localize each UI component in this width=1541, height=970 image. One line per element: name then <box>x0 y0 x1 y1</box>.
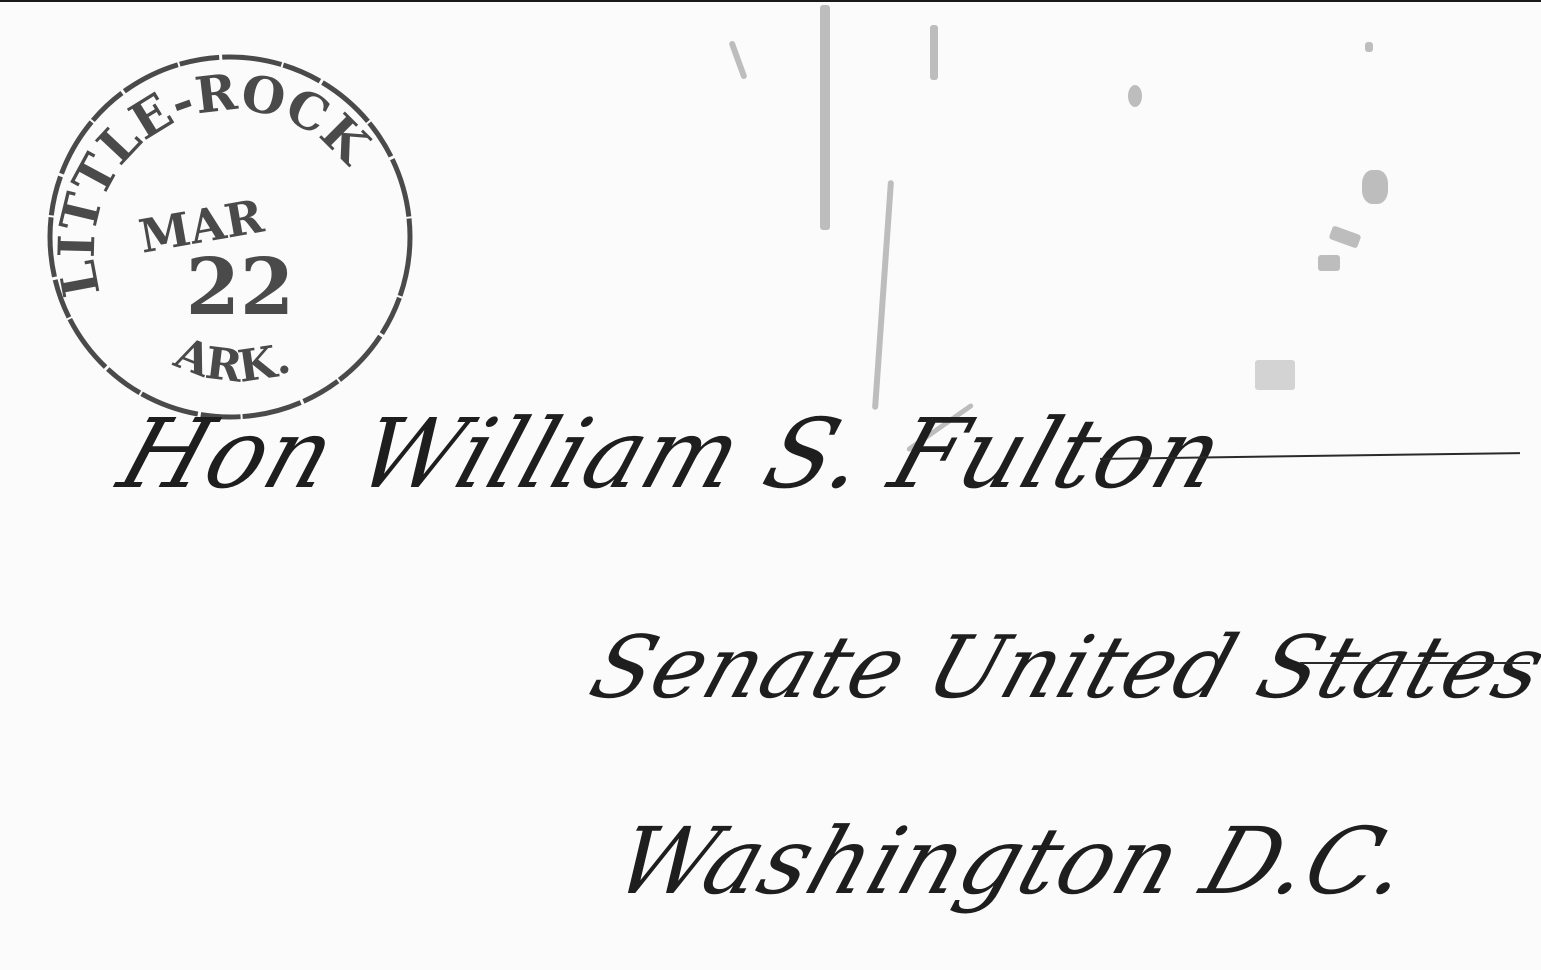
ghost-mark <box>1128 85 1142 107</box>
envelope-scan: LITTLE-ROCK ARK. MAR 22 Hon William S. F… <box>0 0 1541 970</box>
ghost-mark <box>820 5 830 230</box>
ghost-mark <box>1362 170 1388 204</box>
postmark-day: 22 <box>186 242 295 333</box>
ghost-mark <box>930 25 938 80</box>
postmark-state: ARK. <box>167 327 296 393</box>
flourish-line <box>1300 662 1530 664</box>
ghost-mark <box>1318 255 1340 271</box>
address-line-office: Senate United States <box>579 618 1541 718</box>
ghost-mark <box>872 180 894 410</box>
postmark-graphic: LITTLE-ROCK ARK. MAR 22 <box>44 52 416 422</box>
postmark-circular-datestamp: LITTLE-ROCK ARK. MAR 22 <box>44 52 416 422</box>
ghost-mark <box>1365 42 1373 52</box>
scan-edge-line <box>0 0 1541 2</box>
address-line-city: Washington D.C. <box>603 808 1425 915</box>
ghost-mark <box>1255 360 1295 390</box>
address-line-name: Hon William S. Fulton <box>107 398 1238 510</box>
ghost-mark <box>1329 225 1362 248</box>
ghost-mark <box>728 40 747 80</box>
